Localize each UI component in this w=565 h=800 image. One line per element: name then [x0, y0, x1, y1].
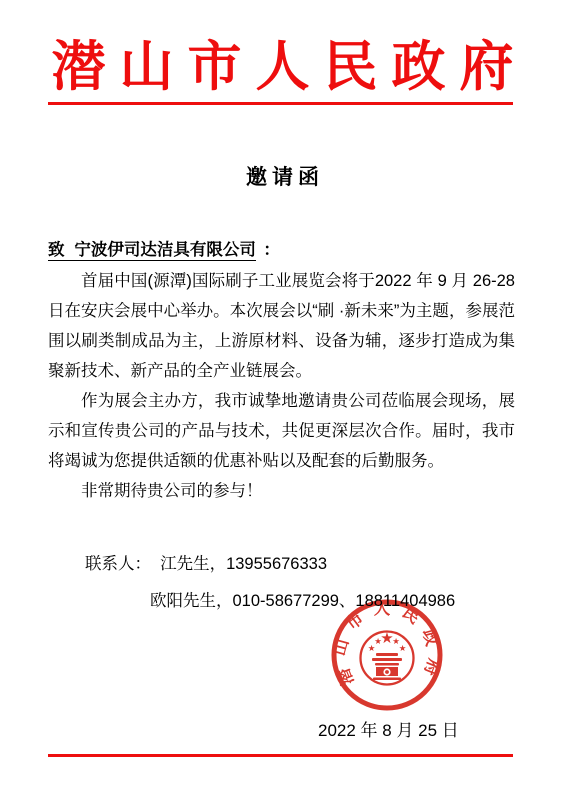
paragraph-1: 首届中国(源潭)国际刷子工业展览会将于2022 年 9 月 26-28 日在安庆… [48, 266, 515, 386]
header-org-title: 潜山市人民政府 [0, 36, 565, 98]
contact-line-1: 联系人：江先生，13955676333 [85, 546, 505, 583]
national-emblem-icon: ★ ★ ★ ★ ★ [361, 630, 414, 685]
date-line: 2022 年 8 月 25 日 [318, 719, 459, 743]
footer-rule [48, 754, 513, 757]
salutation-prefix: 致 [48, 241, 65, 259]
salutation-addressee: 致宁波伊司达洁具有限公司 [48, 241, 256, 261]
salutation-colon: ： [263, 241, 280, 259]
document-title: 邀请函 [0, 165, 565, 191]
letter-body: 致宁波伊司达洁具有限公司： 首届中国(源潭)国际刷子工业展览会将于2022 年 … [48, 235, 515, 506]
header-rule [48, 102, 513, 105]
svg-text:★: ★ [399, 643, 407, 653]
contact-label: 联系人： [85, 555, 151, 573]
salutation-line: 致宁波伊司达洁具有限公司： [48, 235, 515, 265]
company-name: 宁波伊司达洁具有限公司 [74, 241, 256, 259]
official-seal: 潜山市人民政府 ★ ★ ★ ★ ★ [328, 596, 446, 714]
contact-person-1: 江先生，13955676333 [160, 555, 327, 573]
document-page: 潜山市人民政府 邀请函 致宁波伊司达洁具有限公司： 首届中国(源潭)国际刷子工业… [0, 0, 565, 800]
svg-text:★: ★ [374, 636, 382, 646]
paragraph-2: 作为展会主办方，我市诚挚地邀请贵公司莅临展会现场，展示和宣传贵公司的产品与技术，… [48, 386, 515, 476]
paragraph-3: 非常期待贵公司的参与！ [48, 476, 515, 506]
